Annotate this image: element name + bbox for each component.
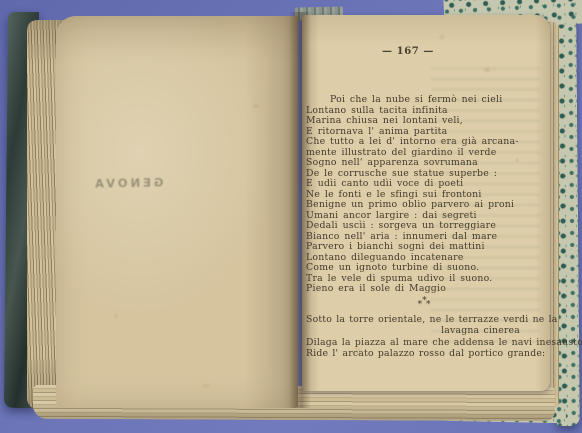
poem-line: Sogno nell' apparenza sovrumana [306, 158, 544, 169]
poem-line: lavagna cinerea [306, 325, 544, 337]
poem-stanza: Poi che la nube si fermò nei cieliLontan… [306, 95, 544, 295]
poem-line: Benigne un primo oblio parvero ai proni [306, 200, 544, 211]
poem-line: Sotto la torre orientale, ne le terrazze… [306, 314, 544, 326]
left-page: GENOVA [56, 16, 298, 408]
asterism-icon [306, 298, 544, 310]
poem-line: Che tutto a lei d' intorno era già arcan… [306, 137, 544, 148]
poem-line: Marina chiusa nei lontani veli, [306, 116, 544, 127]
poem-line: Ride l' arcato palazzo rosso dal portico… [306, 348, 544, 360]
poem-line: E udìi canto udìi voce di poeti [306, 179, 544, 190]
poem-line: Parvero i bianchi sogni dei mattini [306, 242, 544, 253]
poem-line: Dilaga la piazza al mare che addensa le … [306, 337, 544, 349]
genova-stamp-showthrough: GENOVA [92, 175, 164, 190]
right-page: — 167 — Poi che la nube si fermò nei cie… [302, 15, 550, 391]
poem-line: Dedali uscìi : sorgeva un torreggiare [306, 221, 544, 232]
text-column: Poi che la nube si fermò nei cieliLontan… [306, 95, 544, 360]
photo-background: GENOVA — 167 — Poi che la nube si fermò … [0, 0, 582, 433]
closing-stanza: Sotto la torre orientale, ne le terrazze… [306, 314, 544, 360]
poem-line: Pieno era il sole di Maggio [306, 284, 544, 295]
poem-line: Poi che la nube si fermò nei cieli [306, 95, 544, 106]
poem-line: Come un ignoto turbine di suono. [306, 263, 544, 274]
page-number: — 167 — [302, 46, 514, 57]
